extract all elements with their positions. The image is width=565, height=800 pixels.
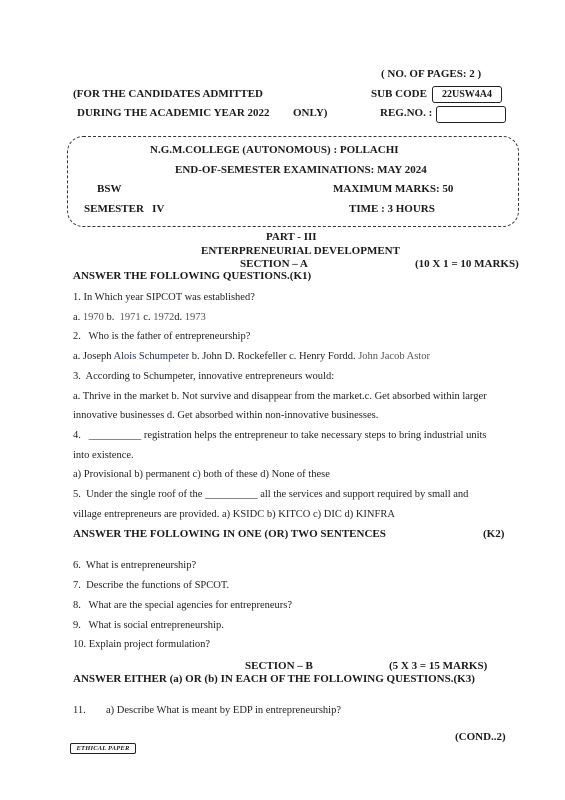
admitted-line-1: (FOR THE CANDIDATES ADMITTED [73,88,263,100]
reg-no-box[interactable] [436,106,506,123]
section-b-title: SECTION – B [245,660,313,672]
instruction-k1: ANSWER THE FOLLOWING QUESTIONS.(K1) [73,270,311,282]
question-11a: a) Describe What is meant by EDP in entr… [106,705,341,716]
sub-code-value: 22USW4A4 [442,89,492,100]
short-question: 8. What are the special agencies for ent… [73,600,292,611]
question-3-options-line-2: innovative businesses d. Get absorbed wi… [73,410,378,421]
subject-title: ENTERPRENEURIAL DEVELOPMENT [201,245,400,257]
opt-label: a. [73,312,83,323]
semester: SEMESTER IV [84,203,164,215]
instruction-k3: ANSWER EITHER (a) OR (b) IN EACH OF THE … [73,673,475,685]
page-count: ( NO. OF PAGES: 2 ) [381,68,481,80]
opt-a-highlight: Alois Schumpeter [114,351,190,362]
short-question: 6. What is entrepreneurship? [73,560,196,571]
college-name: N.G.M.COLLEGE (AUTONOMOUS) : POLLACHI [150,144,399,156]
opt-label: c. [141,312,154,323]
question-1-options: a. 1970 b. 1971 c. 1972d. 1973 [73,312,206,323]
opt-b: 1971 [120,312,141,323]
section-b-marks: (5 X 3 = 15 MARKS) [389,660,487,672]
question-5-line-2: village entrepreneurs are provided. a) K… [73,509,395,520]
opt-d: John Jacob Astor [358,351,430,362]
short-question: 9. What is social entrepreneurship. [73,620,224,631]
question-4-line-1: 4. __________ registration helps the ent… [73,430,487,441]
question-2-options: a. Joseph Alois Schumpeter b. John D. Ro… [73,351,430,362]
programme: BSW [97,183,121,195]
question-4-line-2: into existence. [73,450,134,461]
opt-a-label: a. Joseph [73,351,114,362]
k2-level: (K2) [483,528,504,540]
opt-d: 1973 [185,312,206,323]
admitted-only: ONLY) [293,107,327,119]
opt-label: d. [174,312,185,323]
opt-label: b. [104,312,120,323]
short-question: 10. Explain project formulation? [73,639,210,650]
section-a-marks: (10 X 1 = 10 MARKS) [415,258,519,270]
opt-d-label: d. [348,351,359,362]
opt-bc: b. John D. Rockefeller c. Henry Ford [189,351,348,362]
reg-no-label: REG.NO. : [380,107,432,119]
question-2: 2. Who is the father of entrepreneurship… [73,331,250,342]
exam-time: TIME : 3 HOURS [349,203,435,215]
exam-title: END-OF-SEMESTER EXAMINATIONS: MAY 2024 [175,164,427,176]
ethical-paper-badge: ETHICAL PAPER [70,743,136,754]
question-3: 3. According to Schumpeter, innovative e… [73,371,334,382]
admitted-line-2: DURING THE ACADEMIC YEAR 2022 [77,107,270,119]
opt-a: 1970 [83,312,104,323]
sub-code-label: SUB CODE [371,88,427,100]
continued-marker: (COND..2) [455,731,506,743]
question-3-options-line-1: a. Thrive in the market b. Not survive a… [73,391,487,402]
question-11-number: 11. [73,705,86,716]
max-marks: MAXIMUM MARKS: 50 [333,183,453,195]
sub-code-box: 22USW4A4 [432,86,502,103]
opt-c: 1972 [153,312,174,323]
section-a-title: SECTION – A [240,258,308,270]
part-title: PART - III [266,231,317,243]
short-question: 7. Describe the functions of SPCOT. [73,580,229,591]
instruction-k2: ANSWER THE FOLLOWING IN ONE (OR) TWO SEN… [73,528,386,540]
question-1: 1. In Which year SIPCOT was established? [73,292,255,303]
question-5-line-1: 5. Under the single roof of the ________… [73,489,468,500]
question-4-options: a) Provisional b) permanent c) both of t… [73,469,330,480]
